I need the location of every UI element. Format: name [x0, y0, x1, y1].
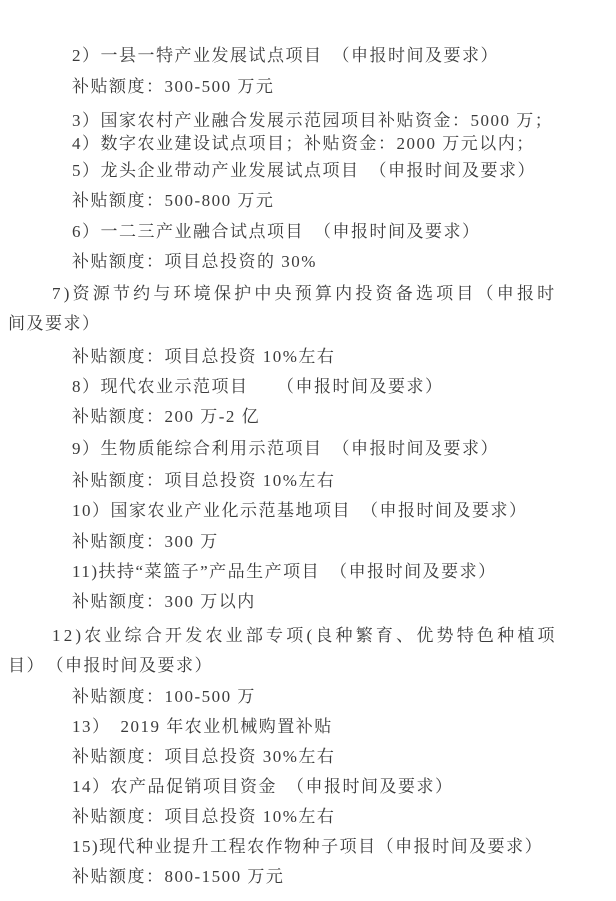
- text-line: 补贴额度：项目总投资的 30%: [72, 251, 317, 273]
- text-line: 13） 2019 年农业机械购置补贴: [72, 716, 333, 738]
- text-line: 2）一县一特产业发展试点项目 （申报时间及要求）: [72, 45, 499, 67]
- text-line: 补贴额度：800-1500 万元: [72, 866, 284, 888]
- document-page: 2）一县一特产业发展试点项目 （申报时间及要求） 补贴额度：300-500 万元…: [0, 0, 616, 901]
- text-line: 3）国家农村产业融合发展示范园项目补贴资金：5000 万；: [72, 110, 553, 132]
- text-line: 补贴额度：300 万以内: [72, 591, 256, 613]
- text-line: 12)农业综合开发农业部专项(良种繁育、优势特色种植项: [52, 625, 558, 647]
- text-line: 补贴额度：100-500 万: [72, 686, 256, 708]
- text-line: 6）一二三产业融合试点项目 （申报时间及要求）: [72, 221, 481, 243]
- text-line: 10）国家农业产业化示范基地项目 （申报时间及要求）: [72, 500, 528, 522]
- text-line: 补贴额度：200 万-2 亿: [72, 406, 260, 428]
- text-line: 8）现代农业示范项目 （申报时间及要求）: [72, 376, 444, 398]
- text-line: 间及要求）: [8, 313, 101, 335]
- text-line: 5）龙头企业带动产业发展试点项目 （申报时间及要求）: [72, 160, 536, 182]
- text-line: 补贴额度：500-800 万元: [72, 190, 274, 212]
- text-line: 补贴额度：项目总投资 30%左右: [72, 746, 335, 768]
- text-line: 11)扶持“菜篮子”产品生产项目 （申报时间及要求）: [72, 561, 497, 583]
- text-line: 14）农产品促销项目资金 （申报时间及要求）: [72, 776, 454, 798]
- text-line: 4）数字农业建设试点项目；补贴资金：2000 万元以内；: [72, 133, 535, 155]
- text-line: 补贴额度：项目总投资 10%左右: [72, 470, 335, 492]
- text-line: 目） （申报时间及要求）: [8, 655, 213, 677]
- text-line: 补贴额度：300 万: [72, 531, 219, 553]
- text-line: 补贴额度：项目总投资 10%左右: [72, 806, 335, 828]
- text-line: 补贴额度：300-500 万元: [72, 76, 274, 98]
- text-line: 7)资源节约与环境保护中央预算内投资备选项目（申报时: [52, 283, 557, 305]
- text-line: 15)现代种业提升工程农作物种子项目（申报时间及要求）: [72, 836, 543, 858]
- text-line: 9）生物质能综合利用示范项目 （申报时间及要求）: [72, 438, 499, 460]
- text-line: 补贴额度：项目总投资 10%左右: [72, 346, 335, 368]
